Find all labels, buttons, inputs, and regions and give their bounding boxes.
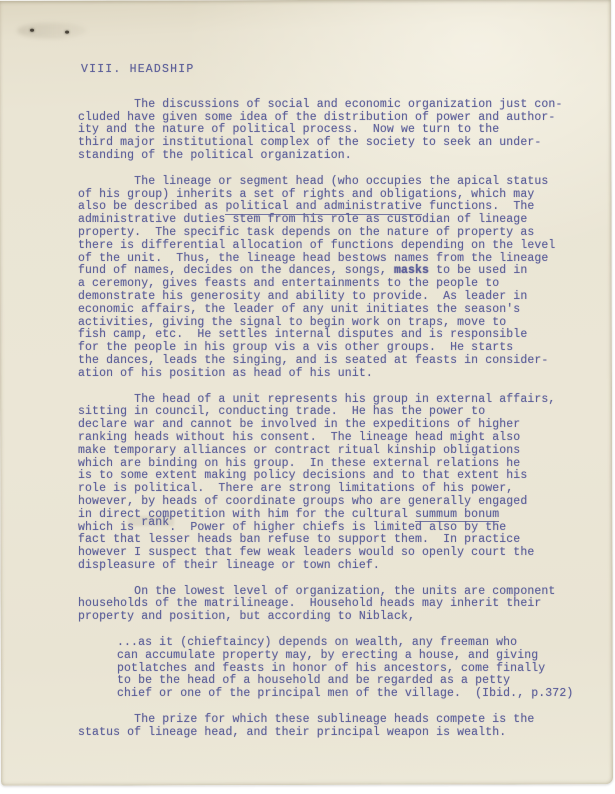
paragraph: The lineage or segment head (who occupie… xyxy=(78,176,567,381)
paragraph: The prize for which these sublineage hea… xyxy=(78,714,567,740)
block-quote: ...as it (chieftaincy) depends on wealth… xyxy=(117,637,587,701)
text-run: The discussions of social and economic o… xyxy=(78,98,562,162)
text-run: ...as it (chieftaincy) depends on wealth… xyxy=(117,636,573,700)
paragraph: On the lowest level of organization, the… xyxy=(78,586,567,624)
text-run: which is xyxy=(78,521,141,534)
text-run: masks xyxy=(394,264,429,277)
paragraph: The head of a unit represents his group … xyxy=(78,394,567,573)
typewritten-document: VIII. HEADSHIP The discussions of social… xyxy=(0,0,615,794)
text-run: The prize for which these sublineage hea… xyxy=(78,713,534,739)
text-run: to be used in a ceremony, gives feasts a… xyxy=(78,264,548,379)
document-body: The discussions of social and economic o… xyxy=(78,99,567,740)
paragraph: The discussions of social and economic o… xyxy=(78,99,567,163)
text-run: The head of a unit represents his group … xyxy=(78,393,555,521)
text-run: rank xyxy=(141,516,169,529)
section-heading: VIII. HEADSHIP xyxy=(81,64,567,77)
text-run: On the lowest level of organization, the… xyxy=(78,585,555,624)
